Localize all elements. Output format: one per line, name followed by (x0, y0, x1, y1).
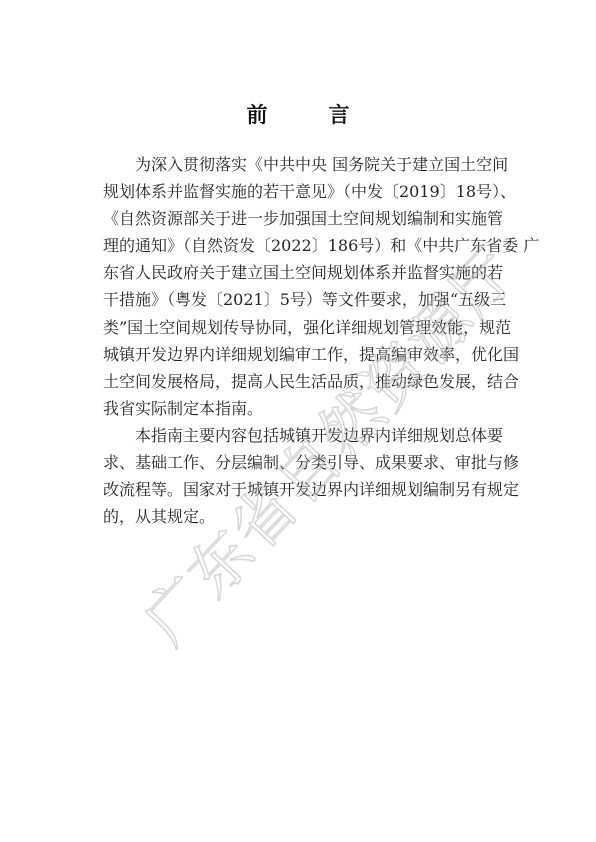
text-line: 《自然资源部关于进一步加强国土空间规划编制和实施管 (103, 209, 497, 229)
text-line: 规划体系并监督实施的若干意见》（中发〔2019〕18号）、 (103, 182, 497, 202)
text-line: 的，从其规定。 (103, 507, 497, 527)
text-line: 本指南主要内容包括城镇开发边界内详细规划总体要 (135, 426, 497, 446)
page-title: 前 言 (0, 99, 596, 129)
text-line: 东省人民政府关于建立国土空间规划体系并监督实施的若 (103, 263, 497, 283)
text-line: 类”国土空间规划传导协同，强化详细规划管理效能，规范 (103, 318, 497, 338)
text-line: 城镇开发边界内详细规划编审工作，提高编审效率，优化国 (103, 345, 497, 365)
text-line: 改流程等。国家对于城镇开发边界内详细规划编制另有规定 (103, 480, 497, 500)
text-line: 我省实际制定本指南。 (103, 399, 497, 419)
text-line: 土空间发展格局，提高人民生活品质，推动绿色发展，结合 (103, 372, 497, 392)
text-line: 理的通知》（自然资发〔2022〕186号）和《中共广东省委 广 (103, 236, 497, 256)
text-line: 为深入贯彻落实《中共中央 国务院关于建立国土空间 (135, 155, 497, 175)
text-line: 求、基础工作、分层编制、分类引导、成果要求、审批与修 (103, 453, 497, 473)
page-title-text: 前 言 (247, 103, 370, 127)
document-page: 前 言 为深入贯彻落实《中共中央 国务院关于建立国土空间 规划体系并监督实施的若… (0, 0, 596, 842)
text-line: 干措施》（粤发〔2021〕5号）等文件要求，加强“五级三 (103, 290, 497, 310)
